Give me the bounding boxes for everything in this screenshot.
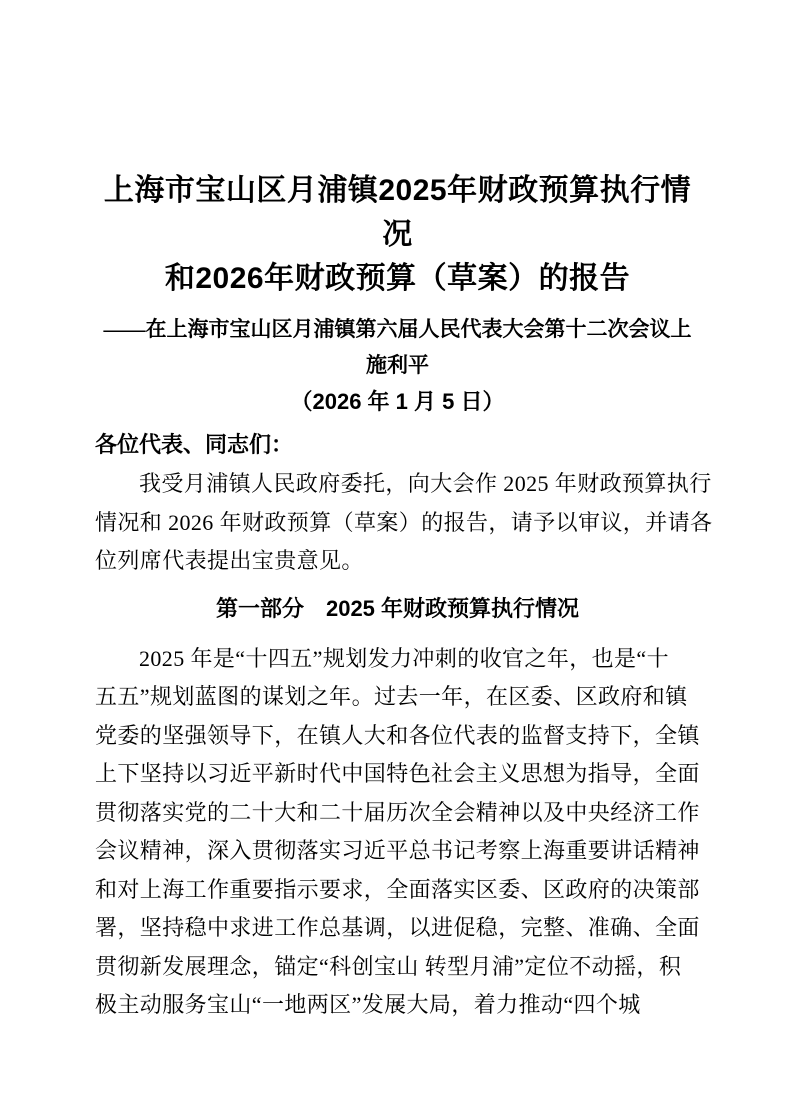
paragraph-line: 2025 年是“十四五”规划发力冲刺的收官之年，也是“十 [95,640,700,679]
paragraph-line: 上下坚持以习近平新时代中国特色社会主义思想为指导，全面 [95,755,700,794]
document-page: 上海市宝山区月浦镇2025年财政预算执行情况 和2026年财政预算（草案）的报告… [0,0,794,1093]
document-date: （2026 年 1 月 5 日） [95,383,700,421]
paragraph-intro: 我受月浦镇人民政府委托，向大会作 2025 年财政预算执行 情况和 2026 年… [95,465,700,581]
paragraph-line: 和对上海工作重要指示要求，全面落实区委、区政府的决策部 [95,871,700,910]
title-line-1: 上海市宝山区月浦镇2025年财政预算执行情况 [95,169,700,257]
document-subtitle: ——在上海市宝山区月浦镇第六届人民代表大会第十二次会议上 [95,311,700,347]
paragraph-line: 我受月浦镇人民政府委托，向大会作 2025 年财政预算执行 [95,465,700,504]
page-number: 1 [0,997,794,1017]
section-1-heading: 第一部分 2025 年财政预算执行情况 [95,590,700,628]
paragraph-line: 贯彻落实党的二十大和二十届历次全会精神以及中央经济工作 [95,794,700,833]
paragraph-line: 位列席代表提出宝贵意见。 [95,542,700,581]
paragraph-line: 署，坚持稳中求进工作总基调，以进促稳，完整、准确、全面 [95,909,700,948]
paragraph-line: 会议精神，深入贯彻落实习近平总书记考察上海重要讲话精神 [95,832,700,871]
paragraph-line: 情况和 2026 年财政预算（草案）的报告，请予以审议，并请各 [95,504,700,543]
document-title: 上海市宝山区月浦镇2025年财政预算执行情况 和2026年财政预算（草案）的报告 [95,169,700,301]
paragraph-line: 党委的坚强领导下，在镇人大和各位代表的监督支持下，全镇 [95,717,700,756]
title-line-2: 和2026年财政预算（草案）的报告 [95,257,700,301]
paragraph-line: 五五”规划蓝图的谋划之年。过去一年，在区委、区政府和镇 [95,678,700,717]
paragraph-line: 贯彻新发展理念，锚定“科创宝山 转型月浦”定位不动摇，积 [95,948,700,987]
author-name: 施利平 [95,347,700,383]
paragraph-section1-body: 2025 年是“十四五”规划发力冲刺的收官之年，也是“十 五五”规划蓝图的谋划之… [95,640,700,1025]
salutation: 各位代表、同志们： [95,425,700,465]
